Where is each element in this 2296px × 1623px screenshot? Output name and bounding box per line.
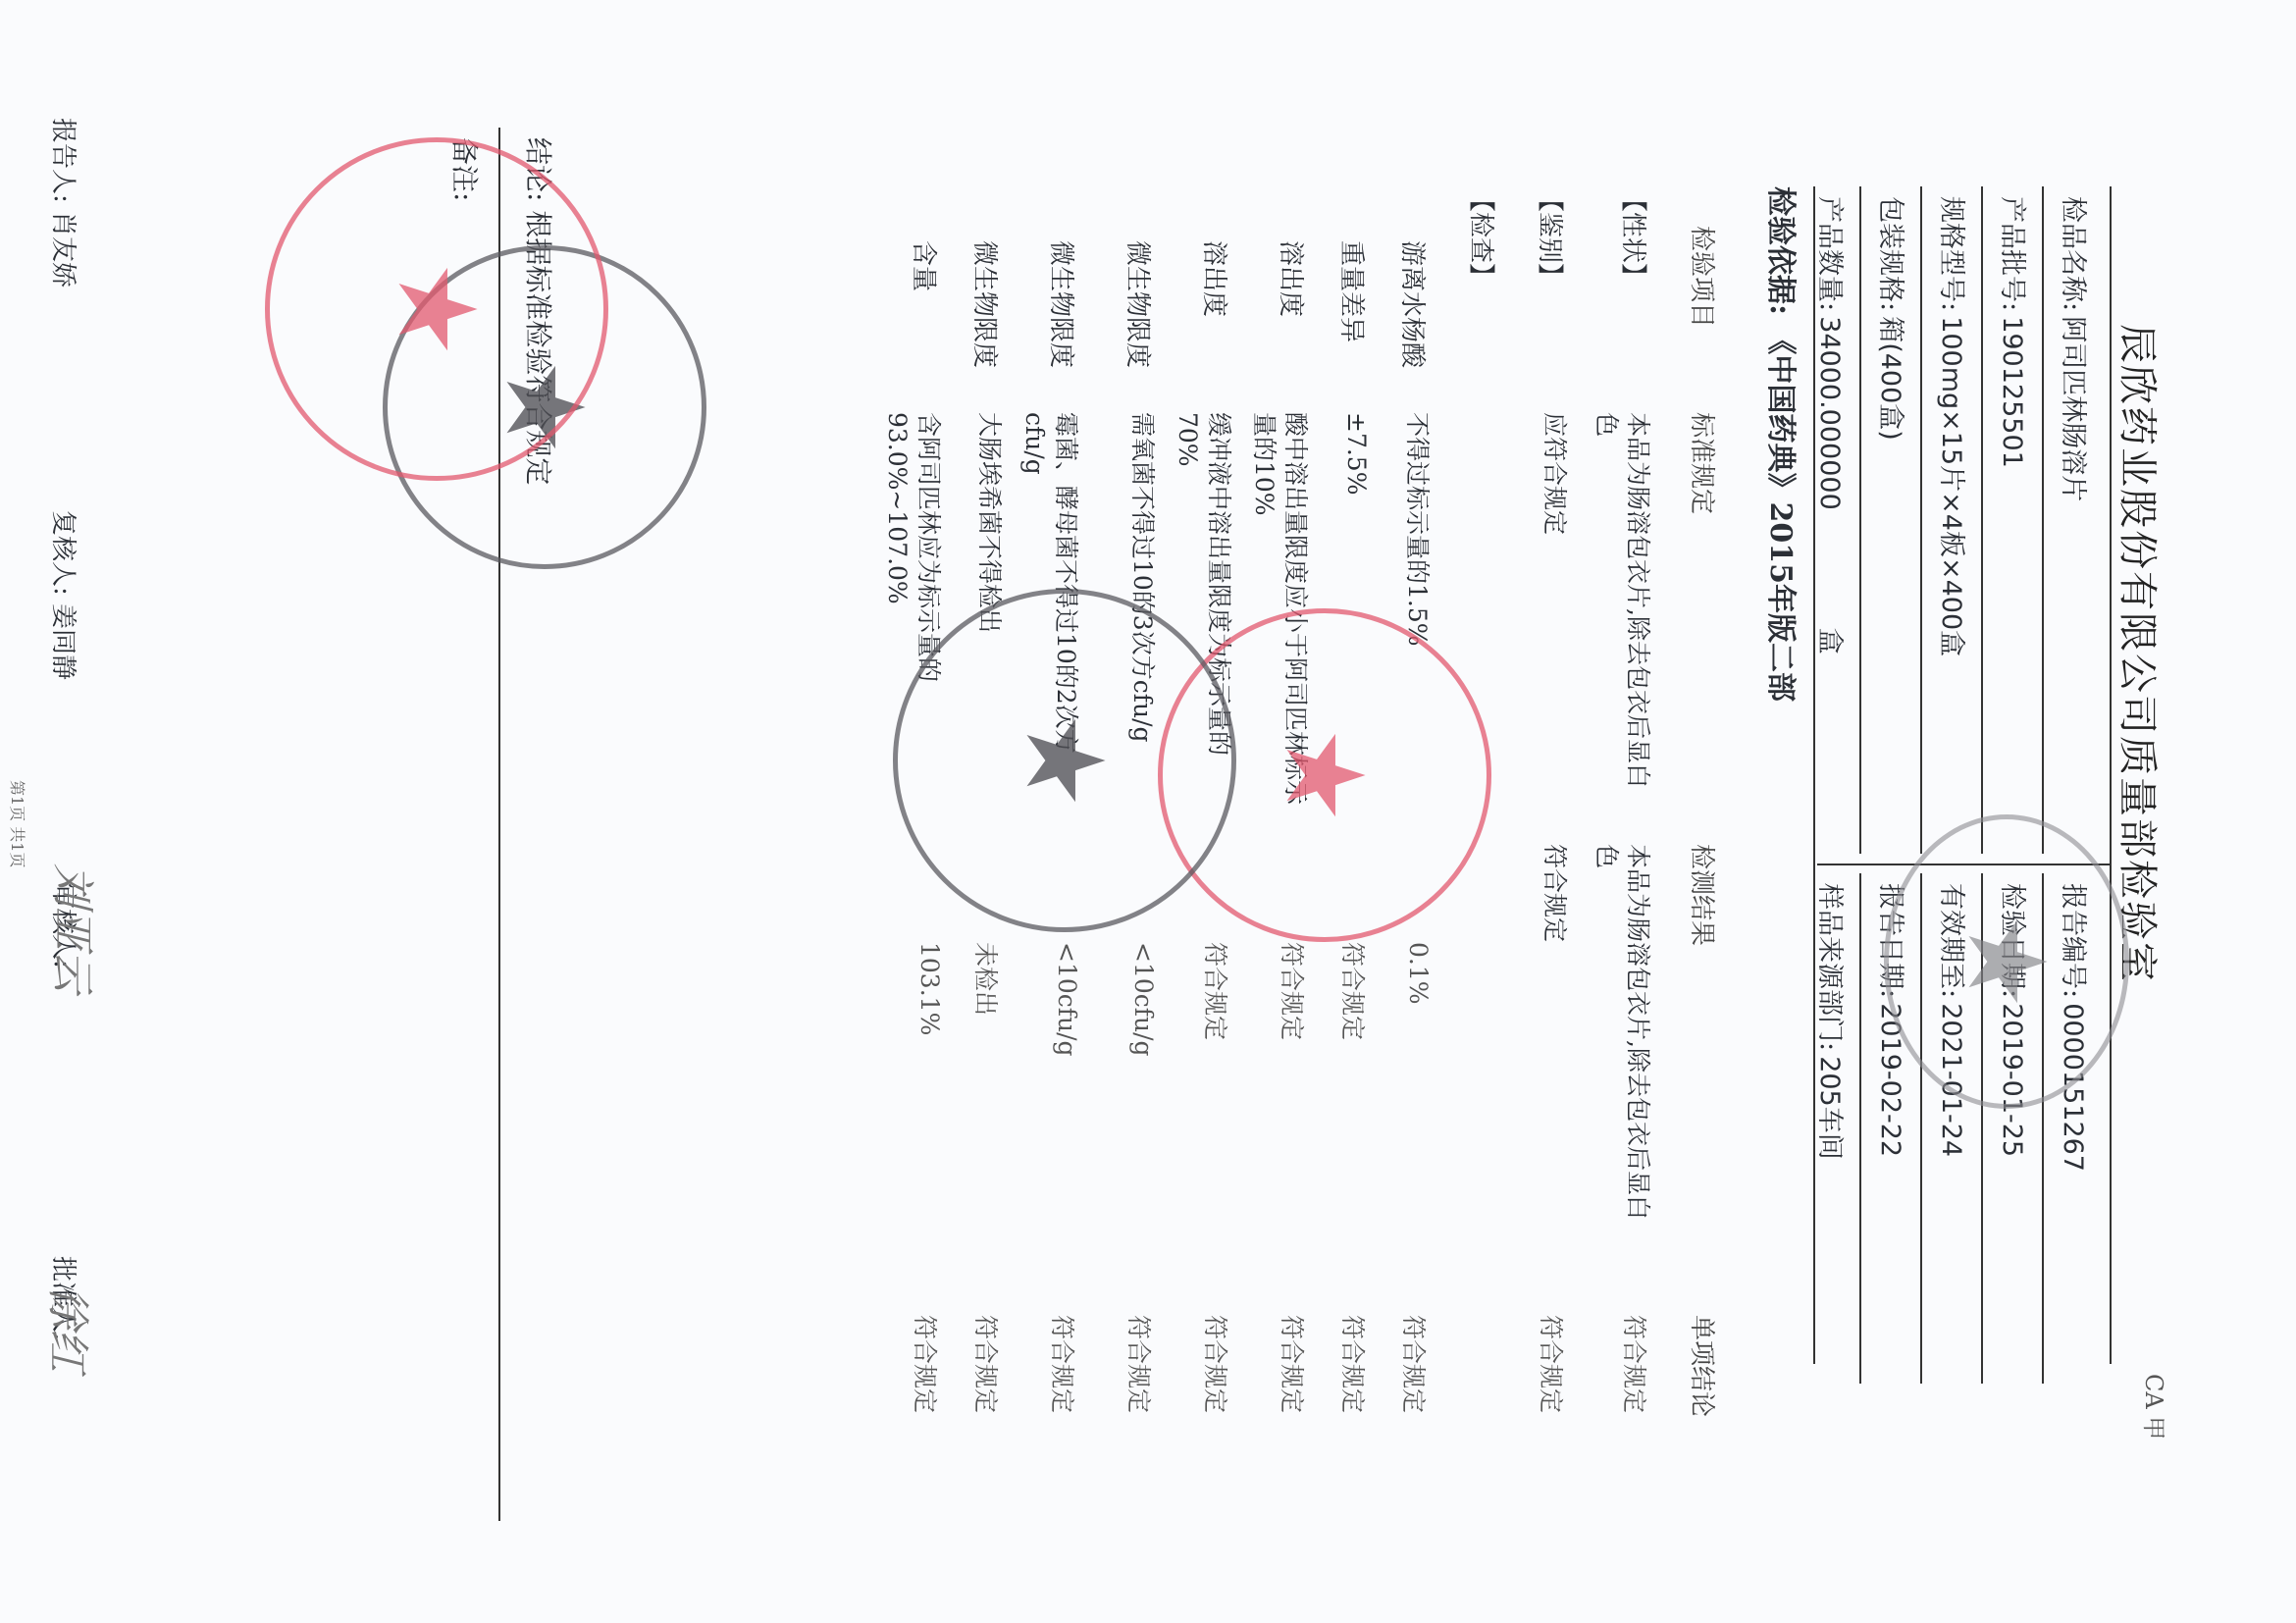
field-value: 100mg×15片×4板×400盒 (1936, 316, 1966, 656)
check-item: 微生物限度 (1045, 240, 1081, 368)
conclusion-cell: 符合规定 (969, 1315, 1005, 1413)
standard-cell: 应符合规定 (1539, 412, 1570, 805)
star-icon: ★ (1271, 727, 1379, 824)
star-icon: ★ (1011, 712, 1119, 810)
page-number: 第1页 共1页 (7, 780, 29, 867)
signature-field: 报告人: 肖友娇 (47, 118, 83, 288)
conclusion-cell: 符合规定 (1397, 1315, 1433, 1413)
result-cell: <10cfu/g (1053, 942, 1081, 1057)
gray-stamp-middle: ★ (893, 589, 1236, 932)
header-field: 包装规格: 箱(400盒) (1874, 196, 1912, 441)
section-heading: 【检查】 (1465, 186, 1501, 288)
result-cell: <10cfu/g (1129, 942, 1158, 1057)
conclusion-cell: 符合规定 (1618, 1315, 1653, 1413)
conclusion-cell: 符合规定 (909, 1315, 944, 1413)
star-icon: ★ (383, 261, 491, 358)
conclusion-cell: 符合规定 (1535, 1315, 1570, 1413)
basis-label: 检验依据: (1763, 186, 1798, 315)
inspection-report-page: 辰欣药业股份有限公司质量部检验室 CA 甲 检品名称: 阿司匹林肠溶片报告编号:… (0, 0, 2296, 1623)
check-item: 微生物限度 (968, 240, 1005, 368)
header-row-rule (2042, 186, 2044, 854)
header-row-rule (1859, 186, 1861, 854)
result-cell: 本品为肠溶包衣片,除去包衣后显白色 (1591, 844, 1653, 1236)
handwritten-signature-reviewer: 刘亚云 (45, 864, 108, 993)
conclusion-cell: 符合规定 (1336, 1315, 1372, 1413)
conclusion-cell: 符合规定 (1122, 1315, 1158, 1413)
header-row-rule (1920, 186, 1922, 854)
result-cell: 符合规定 (1199, 942, 1234, 1040)
table-header: 检测结果 (1686, 844, 1722, 946)
conclusion-cell: 符合规定 (1276, 1315, 1311, 1413)
section-heading: 【性状】 (1617, 186, 1653, 288)
field-label: 产品数量: (1814, 196, 1845, 311)
signature-name: 姜同静 (48, 603, 78, 680)
check-item: 溶出度 (1275, 240, 1311, 317)
header-field: 检品名称: 阿司匹林肠溶片 (2057, 196, 2095, 501)
result-cell: 未检出 (969, 942, 1005, 1016)
section-heading: 【鉴别】 (1534, 186, 1570, 288)
field-value: 箱(400盒) (1875, 316, 1905, 441)
table-header: 单项结论 (1686, 1315, 1722, 1417)
scanned-document-canvas: 辰欣药业股份有限公司质量部检验室 CA 甲 检品名称: 阿司匹林肠溶片报告编号:… (0, 0, 2296, 1623)
signature-label: 报告人: (48, 118, 78, 203)
header-field: 产品数量: 34000.000000盒 (1813, 196, 1852, 654)
signature-name: 肖友娇 (48, 211, 78, 288)
field-label: 包装规格: (1875, 196, 1905, 311)
signature-field: 复核人: 姜同静 (47, 510, 83, 680)
header-field: 样品来源部门: 205车间 (1813, 883, 1852, 1160)
field-label: 样品来源部门: (1814, 883, 1845, 1051)
check-item: 溶出度 (1198, 240, 1234, 317)
inspection-basis: 检验依据: 《中国药典》2015年版二部 (1762, 186, 1805, 702)
red-stamp-bottom: ★ (265, 137, 608, 481)
check-item: 重量差异 (1335, 240, 1372, 342)
field-unit: 盒 (1814, 628, 1845, 654)
field-label: 产品批号: (1997, 196, 2027, 311)
field-label: 规格型号: (1936, 196, 1966, 311)
corner-mark: CA 甲 (2139, 1374, 2173, 1440)
header-row-rule (1859, 873, 1861, 1384)
table-header: 检验项目 (1686, 226, 1722, 328)
header-bottom-rule (1813, 186, 1815, 1364)
report-title: 辰欣药业股份有限公司质量部检验室 (2113, 324, 2168, 983)
result-cell: 103.1% (915, 942, 944, 1035)
result-cell: 符合规定 (1276, 942, 1311, 1040)
check-item: 含量 (908, 240, 944, 291)
standard-cell: 本品为肠溶包衣片,除去包衣后显白色 (1591, 412, 1653, 805)
check-item: 游离水杨酸 (1396, 240, 1433, 368)
header-field: 产品批号: 190125501 (1996, 196, 2034, 468)
field-value: 190125501 (1997, 316, 2027, 468)
qc-lab-stamp: ★ (1884, 814, 2129, 1109)
result-cell: 符合规定 (1539, 844, 1570, 1236)
field-value: 阿司匹林肠溶片 (2058, 316, 2088, 501)
result-cell: 符合规定 (1336, 942, 1372, 1040)
field-value: 34000.000000 (1814, 316, 1845, 510)
result-cell: 0.1% (1404, 942, 1433, 1005)
signature-label: 复核人: (48, 510, 78, 596)
header-rule (2110, 186, 2112, 1364)
field-value: 205车间 (1814, 1056, 1845, 1160)
check-item: 微生物限度 (1122, 240, 1158, 368)
table-header: 标准规定 (1686, 412, 1722, 514)
conclusion-cell: 符合规定 (1046, 1315, 1081, 1413)
header-field: 规格型号: 100mg×15片×4板×400盒 (1935, 196, 1973, 656)
header-row-rule (1981, 186, 1983, 854)
basis-value: 《中国药典》2015年版二部 (1763, 326, 1798, 703)
star-icon: ★ (1953, 914, 2061, 1011)
handwritten-signature-approver: 徐红 (40, 1285, 103, 1372)
field-label: 检品名称: (2058, 196, 2088, 311)
conclusion-cell: 符合规定 (1199, 1315, 1234, 1413)
